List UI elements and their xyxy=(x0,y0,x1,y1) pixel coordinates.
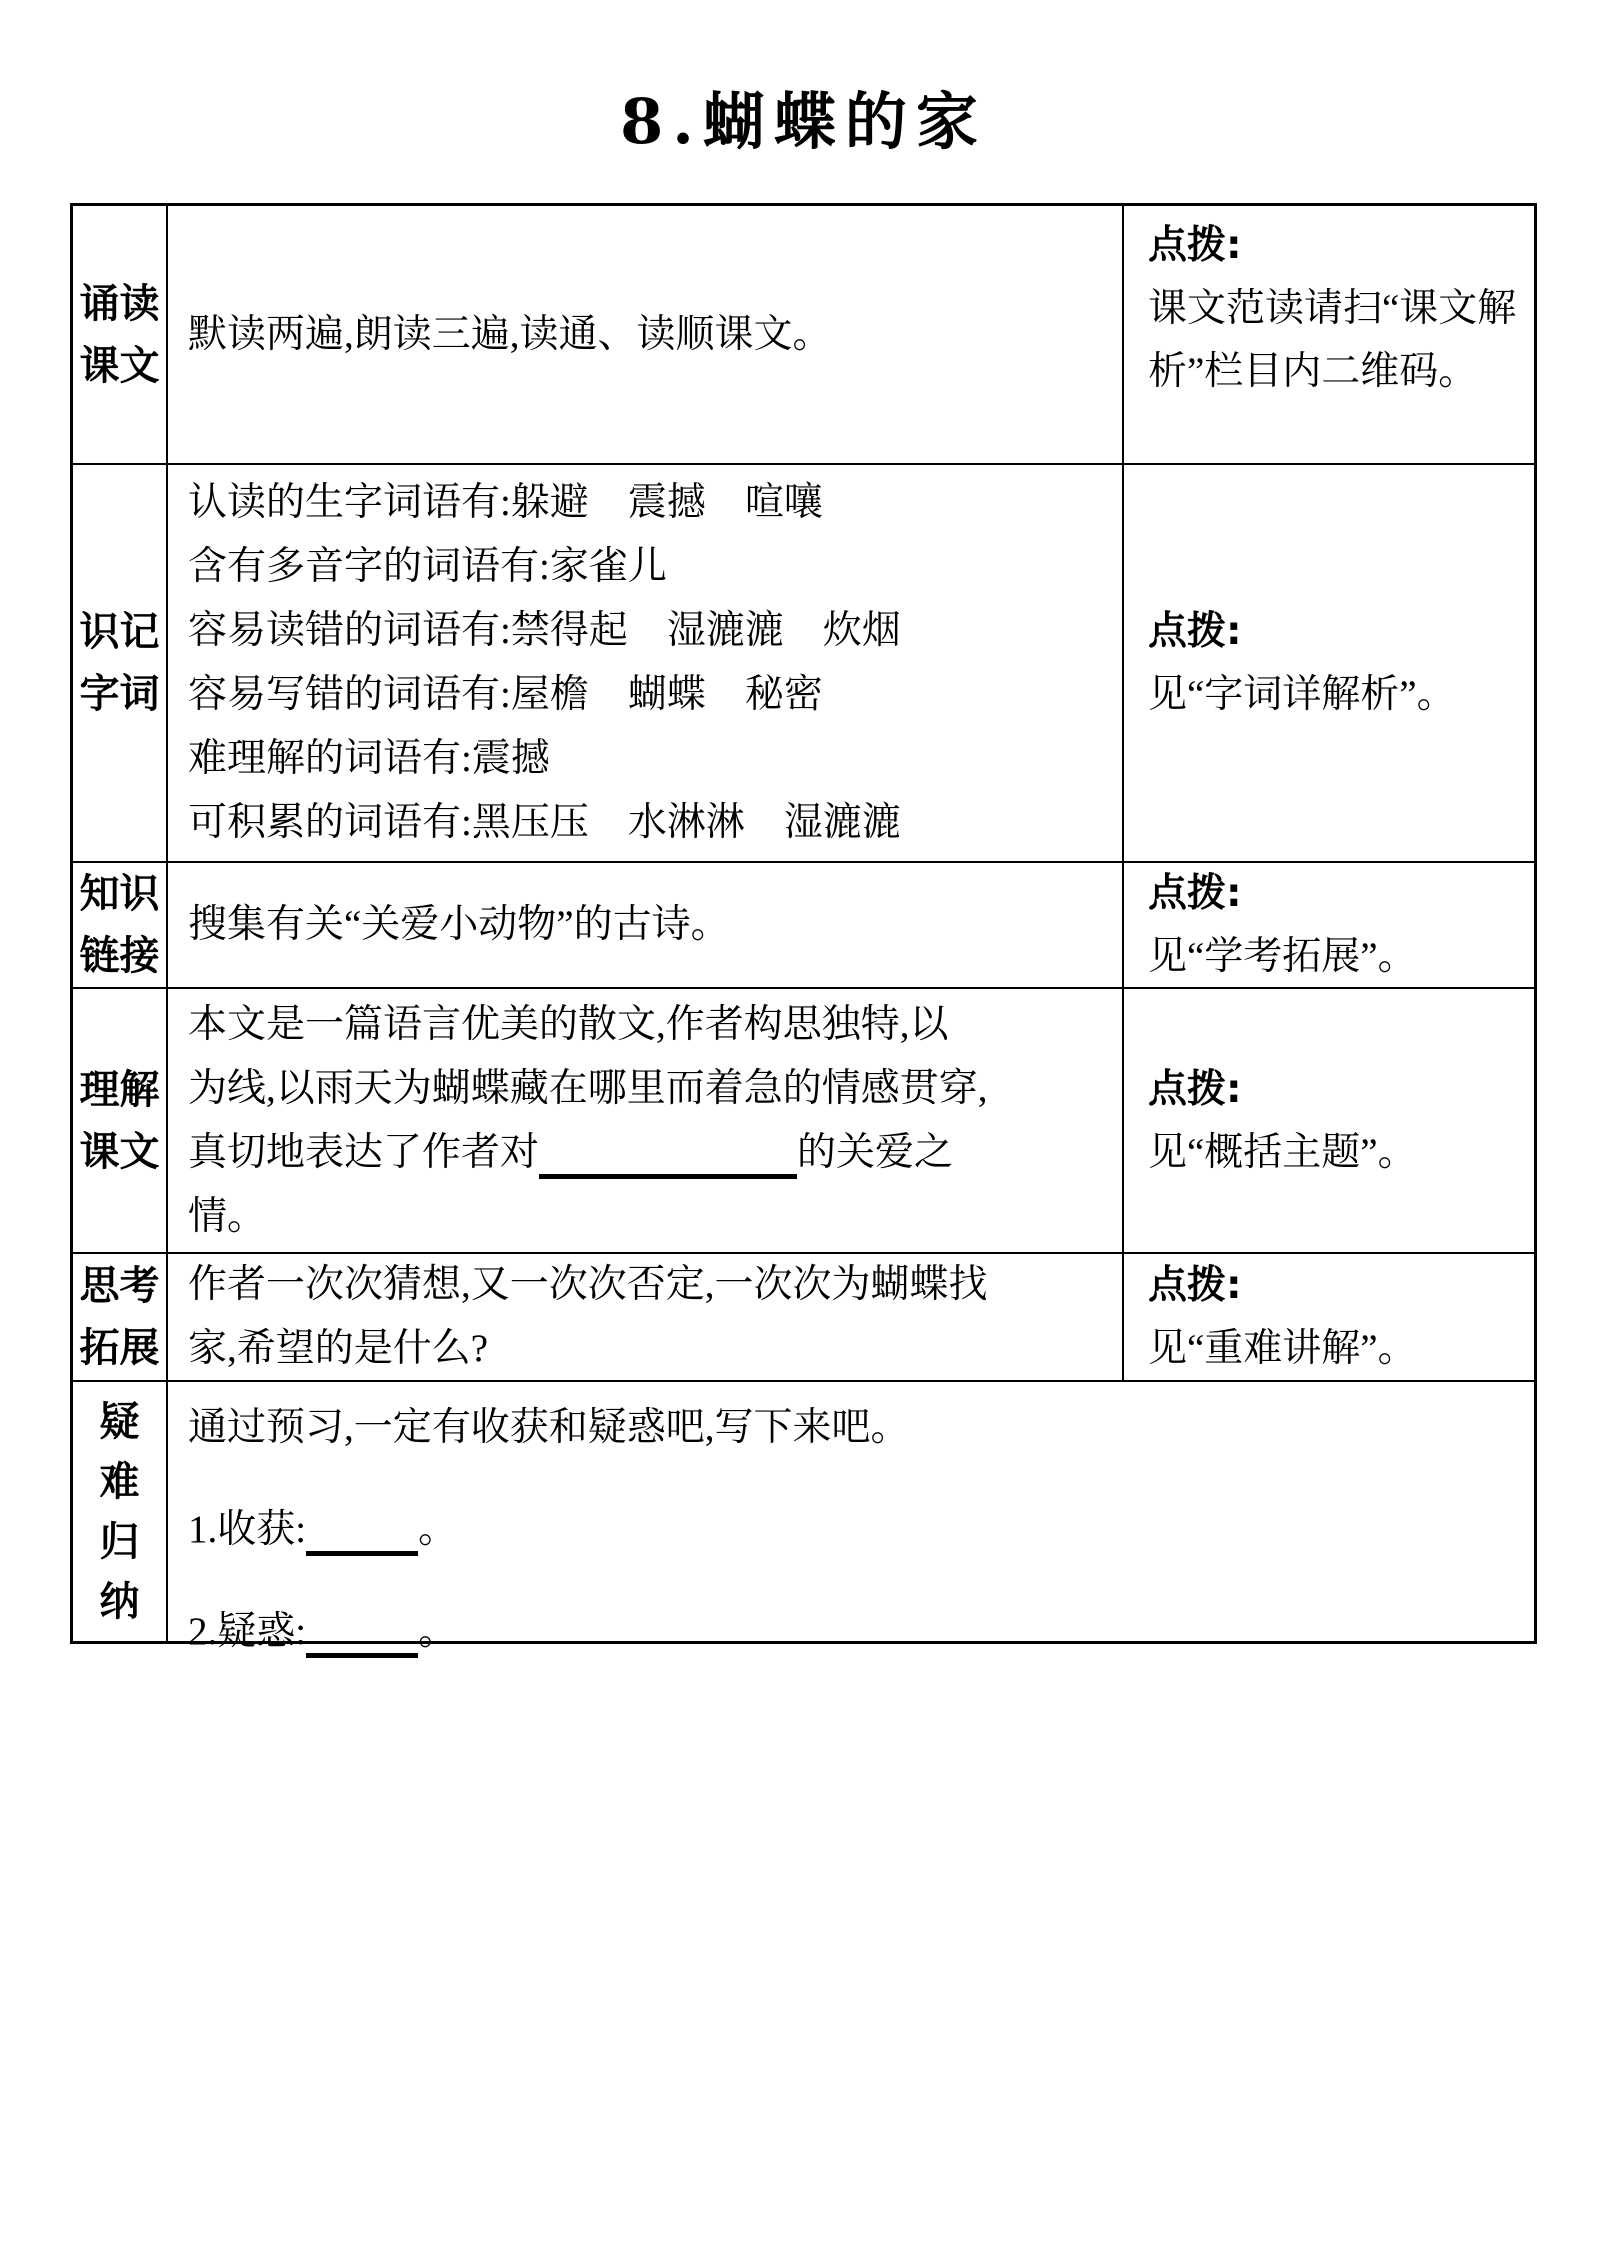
label-line: 课文 xyxy=(80,335,160,397)
label-line: 思考 xyxy=(80,1255,160,1317)
hint-body: 课文范读请扫“课文解析”栏目内二维码。 xyxy=(1148,277,1518,403)
hint-body: 见“概括主题”。 xyxy=(1148,1121,1518,1184)
preview-table: 诵读 课文 默读两遍,朗读三遍,读通、读顺课文。 点拨: 课文范读请扫“课文解析… xyxy=(70,203,1537,1644)
row-questions-summary: 疑 难 归 纳 通过预习,一定有收获和疑惑吧,写下来吧。 1.收获:。 2.疑惑… xyxy=(73,1380,1534,1641)
content-line: 为线,以雨天为蝴蝶藏在哪里而着急的情感贯穿, xyxy=(188,1057,1108,1121)
doubt-item: 2.疑惑:。 xyxy=(188,1600,1520,1664)
label-char: 归 xyxy=(100,1512,140,1572)
content-line: 作者一次次猜想,又一次次否定,一次次为蝴蝶找 xyxy=(188,1253,1108,1317)
content-text: 。 xyxy=(418,1508,457,1551)
content-line: 难理解的词语有:震撼 xyxy=(188,727,1108,791)
content-text: 。 xyxy=(418,1610,457,1653)
content-line: 容易读错的词语有:禁得起 湿漉漉 炊烟 xyxy=(188,599,1108,663)
label-line: 拓展 xyxy=(80,1317,160,1379)
label-char: 疑 xyxy=(100,1392,140,1452)
hint-body: 见“重难讲解”。 xyxy=(1148,1317,1518,1380)
row-comprehension-hint: 点拨: 见“概括主题”。 xyxy=(1122,989,1534,1252)
row-knowledge-link: 知识 链接 搜集有关“关爱小动物”的古诗。 点拨: 见“学考拓展”。 xyxy=(73,861,1534,987)
fill-blank xyxy=(306,1631,418,1658)
hint-title: 点拨: xyxy=(1148,1058,1518,1121)
worksheet-page: 8.蝴蝶的家 诵读 课文 默读两遍,朗读三遍,读通、读顺课文。 点拨: 课文范读… xyxy=(0,0,1604,2261)
row-vocabulary-content: 认读的生字词语有:躲避 震撼 喧嚷 含有多音字的词语有:家雀儿 容易读错的词语有… xyxy=(168,465,1122,861)
label-line: 链接 xyxy=(80,925,160,987)
label-line: 字词 xyxy=(80,663,160,725)
label-line: 理解 xyxy=(80,1059,160,1121)
label-char: 纳 xyxy=(100,1572,140,1632)
row-knowledge-link-label: 知识 链接 xyxy=(73,863,168,987)
content-text: 1.收获: xyxy=(188,1508,306,1551)
row-knowledge-link-hint: 点拨: 见“学考拓展”。 xyxy=(1122,863,1534,987)
fill-blank xyxy=(306,1529,418,1556)
row-read-aloud-content: 默读两遍,朗读三遍,读通、读顺课文。 xyxy=(168,206,1122,463)
content-text: 真切地表达了作者对 xyxy=(188,1131,539,1174)
label-line: 诵读 xyxy=(80,273,160,335)
content-line: 可积累的词语有:黑压压 水淋淋 湿漉漉 xyxy=(188,791,1108,855)
fill-blank xyxy=(539,1152,797,1179)
gain-item: 1.收获:。 xyxy=(188,1498,1520,1562)
row-read-aloud-hint: 点拨: 课文范读请扫“课文解析”栏目内二维码。 xyxy=(1122,206,1534,463)
hint-title: 点拨: xyxy=(1148,600,1518,663)
content-text: 的关爱之 xyxy=(797,1131,953,1174)
row-questions-summary-content: 通过预习,一定有收获和疑惑吧,写下来吧。 1.收获:。 2.疑惑:。 xyxy=(168,1382,1534,1641)
content-line: 含有多音字的词语有:家雀儿 xyxy=(188,535,1108,599)
row-thinking-extension-label: 思考 拓展 xyxy=(73,1254,168,1380)
label-line: 识记 xyxy=(80,601,160,663)
hint-title: 点拨: xyxy=(1148,862,1518,925)
content-line: 容易写错的词语有:屋檐 蝴蝶 秘密 xyxy=(188,663,1108,727)
hint-body: 见“学考拓展”。 xyxy=(1148,925,1518,988)
label-line: 知识 xyxy=(80,863,160,925)
hint-title: 点拨: xyxy=(1148,1254,1518,1317)
lesson-title: 8.蝴蝶的家 xyxy=(70,72,1537,161)
row-thinking-extension-content: 作者一次次猜想,又一次次否定,一次次为蝴蝶找 家,希望的是什么? xyxy=(168,1254,1122,1380)
row-read-aloud-label: 诵读 课文 xyxy=(73,206,168,463)
content-line: 真切地表达了作者对的关爱之 xyxy=(188,1121,1108,1185)
row-comprehension: 理解 课文 本文是一篇语言优美的散文,作者构思独特,以 为线,以雨天为蝴蝶藏在哪… xyxy=(73,987,1534,1252)
row-read-aloud: 诵读 课文 默读两遍,朗读三遍,读通、读顺课文。 点拨: 课文范读请扫“课文解析… xyxy=(73,206,1534,463)
content-line: 通过预习,一定有收获和疑惑吧,写下来吧。 xyxy=(188,1396,1520,1460)
content-line: 搜集有关“关爱小动物”的古诗。 xyxy=(188,893,1108,957)
row-questions-summary-label: 疑 难 归 纳 xyxy=(73,1382,168,1641)
content-line: 默读两遍,朗读三遍,读通、读顺课文。 xyxy=(188,303,1108,367)
row-thinking-extension: 思考 拓展 作者一次次猜想,又一次次否定,一次次为蝴蝶找 家,希望的是什么? 点… xyxy=(73,1252,1534,1380)
row-knowledge-link-content: 搜集有关“关爱小动物”的古诗。 xyxy=(168,863,1122,987)
row-comprehension-content: 本文是一篇语言优美的散文,作者构思独特,以 为线,以雨天为蝴蝶藏在哪里而着急的情… xyxy=(168,989,1122,1252)
content-line: 情。 xyxy=(188,1185,1108,1249)
content-line: 家,希望的是什么? xyxy=(188,1317,1108,1381)
hint-body: 见“字词详解析”。 xyxy=(1148,663,1518,726)
row-comprehension-label: 理解 课文 xyxy=(73,989,168,1252)
content-text: 2.疑惑: xyxy=(188,1610,306,1653)
label-line: 课文 xyxy=(80,1121,160,1183)
row-vocabulary-label: 识记 字词 xyxy=(73,465,168,861)
content-line: 本文是一篇语言优美的散文,作者构思独特,以 xyxy=(188,993,1108,1057)
row-vocabulary-hint: 点拨: 见“字词详解析”。 xyxy=(1122,465,1534,861)
content-line: 认读的生字词语有:躲避 震撼 喧嚷 xyxy=(188,471,1108,535)
label-char: 难 xyxy=(100,1452,140,1512)
hint-title: 点拨: xyxy=(1148,214,1518,277)
row-vocabulary: 识记 字词 认读的生字词语有:躲避 震撼 喧嚷 含有多音字的词语有:家雀儿 容易… xyxy=(73,463,1534,861)
row-thinking-extension-hint: 点拨: 见“重难讲解”。 xyxy=(1122,1254,1534,1380)
